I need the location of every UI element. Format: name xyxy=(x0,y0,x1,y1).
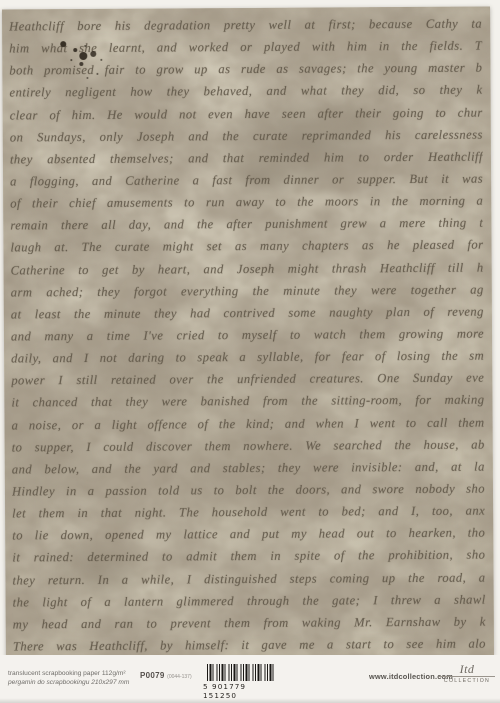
handwriting-line: the light of a lantern glimmered through… xyxy=(13,588,486,613)
paper-spec-label: translucent scrapbooking paper 112g/m² p… xyxy=(8,669,129,687)
handwriting-line: to supper, I could discover them nowhere… xyxy=(12,433,485,458)
handwriting-line: on Sundays, only Joseph and the curate r… xyxy=(10,123,483,148)
handwriting-line: to lie down, opened my lattice and put m… xyxy=(12,522,485,547)
handwriting-line: Heathcliff bore his degradation pretty w… xyxy=(9,13,482,38)
paper-sheet: Heathcliff bore his degradation pretty w… xyxy=(2,7,494,659)
barcode xyxy=(207,664,275,681)
handwriting-line: remain there all day, and the after puni… xyxy=(10,212,483,237)
brand-logo-caps: COLLECTION xyxy=(439,676,495,685)
handwriting-line: There was Heathcliff, by himself: it gav… xyxy=(13,632,486,657)
handwriting-line: power I still retained over the unfriend… xyxy=(11,367,484,392)
handwriting-line: entirely negligent how they behaved, and… xyxy=(9,79,482,104)
handwriting-line: laugh at. The curate might set as many c… xyxy=(10,234,483,259)
handwritten-text: Heathcliff bore his degradation pretty w… xyxy=(9,13,486,659)
product-label-strip: translucent scrapbooking paper 112g/m² p… xyxy=(0,655,500,703)
handwriting-line: a flogging, and Catherine a fast from di… xyxy=(10,168,483,193)
handwriting-line: and below, and the yard and stables; the… xyxy=(12,455,485,480)
handwriting-line: Catherine to get by heart, and Joseph mi… xyxy=(11,256,484,281)
handwriting-line: they return. In a while, I distinguished… xyxy=(12,566,485,591)
product-code: P0079 (0044-137) xyxy=(140,671,192,680)
handwriting-line: Hindley in a passion told us to bolt the… xyxy=(12,478,485,503)
handwriting-line: arm ached; they forgot everything the mi… xyxy=(11,278,484,303)
handwriting-line: let them in that night. The household we… xyxy=(12,500,485,525)
spec-english: translucent scrapbooking paper 112g/m² xyxy=(8,669,129,678)
ink-splatter xyxy=(60,41,66,47)
handwriting-line: they absented themselves; and that remin… xyxy=(10,145,483,170)
handwriting-line: of their chief amusements to run away to… xyxy=(10,190,483,215)
handwriting-line: both promised fair to grow up as rude as… xyxy=(9,57,482,82)
handwriting-line: clear of him. He would not even have see… xyxy=(10,101,483,126)
barcode-number: 5 901779 151250 xyxy=(203,682,283,700)
handwriting-line: it chanced that they were banished from … xyxy=(11,389,484,414)
product-code-note: (0044-137) xyxy=(167,674,191,680)
handwriting-line: him what she learnt, and worked or playe… xyxy=(9,35,482,60)
handwriting-line: my head and ran to prevent them from wak… xyxy=(13,610,486,635)
product-code-value: P0079 xyxy=(140,671,165,680)
handwriting-line: it rained: determined to admit them in s… xyxy=(12,544,485,569)
product-photo: Heathcliff bore his degradation pretty w… xyxy=(0,0,500,703)
handwriting-line: a noise, or a light offence of the kind;… xyxy=(11,411,484,436)
handwriting-line: daily, and I not daring to speak a sylla… xyxy=(11,345,484,370)
spec-polish: pergamin do scrapbookingu 210x297 mm xyxy=(8,678,129,687)
handwriting-line: and many a time I've cried to myself to … xyxy=(11,323,484,348)
handwriting-line: at least the minute they had contrived s… xyxy=(11,300,484,325)
brand-logo-script: Itd xyxy=(439,663,495,675)
brand-logo: Itd COLLECTION xyxy=(439,663,495,685)
